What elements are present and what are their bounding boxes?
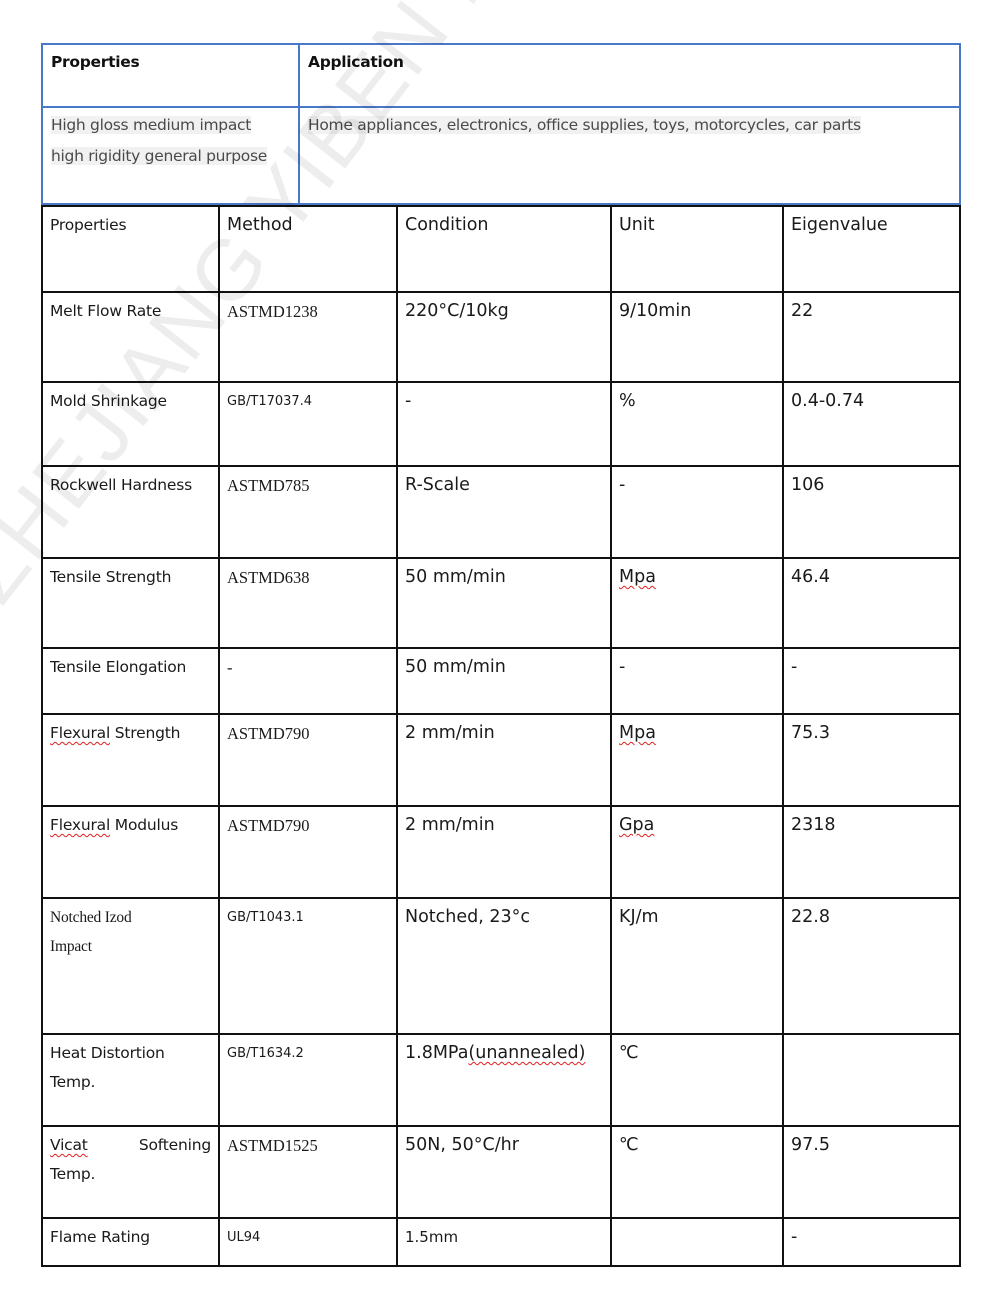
unit-cell: KJ/m bbox=[611, 898, 783, 1034]
method-cell: ASTMD785 bbox=[219, 466, 397, 558]
summary-header-properties: Properties bbox=[43, 45, 298, 108]
property-line: Temp. bbox=[50, 1073, 95, 1091]
unit-cell: - bbox=[611, 648, 783, 714]
property-line: Heat Distortion bbox=[50, 1044, 165, 1062]
property-line: Impact bbox=[50, 938, 92, 955]
table-row: Flexural Strength ASTMD790 2 mm/min Mpa … bbox=[42, 714, 960, 806]
eigenvalue-cell: 97.5 bbox=[783, 1126, 960, 1218]
property-line: Temp. bbox=[50, 1165, 95, 1183]
eigenvalue-cell: 75.3 bbox=[783, 714, 960, 806]
table-row: Mold Shrinkage GB/T17037.4 - % 0.4-0.74 bbox=[42, 382, 960, 466]
condition-cell: 50 mm/min bbox=[397, 558, 611, 648]
property-cell: Flexural Strength bbox=[42, 714, 219, 806]
method-cell: GB/T1043.1 bbox=[219, 898, 397, 1034]
method-cell: ASTMD1238 bbox=[219, 292, 397, 382]
summary-properties-line-1: High gloss medium impact bbox=[51, 116, 251, 134]
unit-cell: ℃ bbox=[611, 1126, 783, 1218]
property-cell: Flame Rating bbox=[42, 1218, 219, 1266]
table-row: Flame Rating UL94 1.5mm - bbox=[42, 1218, 960, 1266]
condition-cell: 2 mm/min bbox=[397, 806, 611, 898]
condition-cell: Notched, 23°c bbox=[397, 898, 611, 1034]
property-cell: Flexural Modulus bbox=[42, 806, 219, 898]
property-cell: Heat DistortionTemp. bbox=[42, 1034, 219, 1126]
condition-cell: 1.8MPa(unannealed) bbox=[397, 1034, 611, 1126]
condition-cell: - bbox=[397, 382, 611, 466]
property-text-part: Modulus bbox=[110, 816, 178, 834]
property-word: Vicat bbox=[50, 1131, 88, 1160]
condition-cell: 50 mm/min bbox=[397, 648, 611, 714]
eigenvalue-cell: 22.8 bbox=[783, 898, 960, 1034]
method-cell: GB/T1634.2 bbox=[219, 1034, 397, 1126]
table-row: Heat DistortionTemp. GB/T1634.2 1.8MPa(u… bbox=[42, 1034, 960, 1126]
property-cell: VicatSoftening Temp. bbox=[42, 1126, 219, 1218]
unit-cell: Gpa bbox=[611, 806, 783, 898]
summary-table: Properties Application High gloss medium… bbox=[41, 43, 961, 205]
column-header-method: Method bbox=[219, 206, 397, 292]
summary-application-cell: Home appliances, electronics, office sup… bbox=[298, 108, 959, 203]
unit-cell: Mpa bbox=[611, 714, 783, 806]
table-row: Tensile Strength ASTMD638 50 mm/min Mpa … bbox=[42, 558, 960, 648]
column-header-unit: Unit bbox=[611, 206, 783, 292]
property-line: VicatSoftening bbox=[50, 1131, 211, 1160]
spec-header-row: Properties Method Condition Unit Eigenva… bbox=[42, 206, 960, 292]
summary-properties-line-2: high rigidity general purpose bbox=[51, 147, 267, 165]
property-cell: Tensile Elongation bbox=[42, 648, 219, 714]
column-header-eigenvalue: Eigenvalue bbox=[783, 206, 960, 292]
method-cell: ASTMD790 bbox=[219, 806, 397, 898]
property-cell: Melt Flow Rate bbox=[42, 292, 219, 382]
table-row: Flexural Modulus ASTMD790 2 mm/min Gpa 2… bbox=[42, 806, 960, 898]
condition-cell: 2 mm/min bbox=[397, 714, 611, 806]
unit-cell: % bbox=[611, 382, 783, 466]
unit-text: Mpa bbox=[619, 567, 656, 587]
unit-cell: 9/10min bbox=[611, 292, 783, 382]
table-row: VicatSoftening Temp. ASTMD1525 50N, 50°C… bbox=[42, 1126, 960, 1218]
summary-header-application: Application bbox=[298, 45, 959, 108]
column-header-properties: Properties bbox=[42, 206, 219, 292]
eigenvalue-cell: 106 bbox=[783, 466, 960, 558]
spec-table: Properties Method Condition Unit Eigenva… bbox=[41, 205, 961, 1267]
unit-cell: Mpa bbox=[611, 558, 783, 648]
eigenvalue-cell: 46.4 bbox=[783, 558, 960, 648]
table-row: Rockwell Hardness ASTMD785 R-Scale - 106 bbox=[42, 466, 960, 558]
condition-cell: 220°C/10kg bbox=[397, 292, 611, 382]
unit-cell: - bbox=[611, 466, 783, 558]
eigenvalue-cell: 0.4-0.74 bbox=[783, 382, 960, 466]
property-text-part: Strength bbox=[110, 724, 180, 742]
table-row: Tensile Elongation - 50 mm/min - - bbox=[42, 648, 960, 714]
property-text-part: Flexural bbox=[50, 724, 110, 742]
property-word: Softening bbox=[139, 1131, 211, 1160]
unit-text: Gpa bbox=[619, 815, 654, 835]
condition-text-part: 1.8MPa bbox=[405, 1043, 468, 1063]
property-text-part: Flexural bbox=[50, 816, 110, 834]
table-row: Notched IzodImpact GB/T1043.1 Notched, 2… bbox=[42, 898, 960, 1034]
method-cell: ASTMD1525 bbox=[219, 1126, 397, 1218]
unit-text: Mpa bbox=[619, 723, 656, 743]
eigenvalue-cell: 22 bbox=[783, 292, 960, 382]
condition-text-part: (unannealed) bbox=[468, 1043, 585, 1063]
method-cell: - bbox=[219, 648, 397, 714]
eigenvalue-cell: - bbox=[783, 1218, 960, 1266]
summary-application-text: Home appliances, electronics, office sup… bbox=[308, 116, 861, 134]
unit-cell bbox=[611, 1218, 783, 1266]
condition-cell: 1.5mm bbox=[397, 1218, 611, 1266]
method-cell: GB/T17037.4 bbox=[219, 382, 397, 466]
unit-cell: ℃ bbox=[611, 1034, 783, 1126]
eigenvalue-cell: 2318 bbox=[783, 806, 960, 898]
property-cell: Notched IzodImpact bbox=[42, 898, 219, 1034]
property-cell: Mold Shrinkage bbox=[42, 382, 219, 466]
method-cell: UL94 bbox=[219, 1218, 397, 1266]
property-cell: Rockwell Hardness bbox=[42, 466, 219, 558]
method-cell: ASTMD790 bbox=[219, 714, 397, 806]
summary-properties-cell: High gloss medium impact high rigidity g… bbox=[43, 108, 298, 203]
method-cell: ASTMD638 bbox=[219, 558, 397, 648]
condition-cell: 50N, 50°C/hr bbox=[397, 1126, 611, 1218]
condition-cell: R-Scale bbox=[397, 466, 611, 558]
eigenvalue-cell: - bbox=[783, 648, 960, 714]
column-header-condition: Condition bbox=[397, 206, 611, 292]
property-cell: Tensile Strength bbox=[42, 558, 219, 648]
table-row: Melt Flow Rate ASTMD1238 220°C/10kg 9/10… bbox=[42, 292, 960, 382]
eigenvalue-cell bbox=[783, 1034, 960, 1126]
property-line: Notched Izod bbox=[50, 909, 132, 926]
